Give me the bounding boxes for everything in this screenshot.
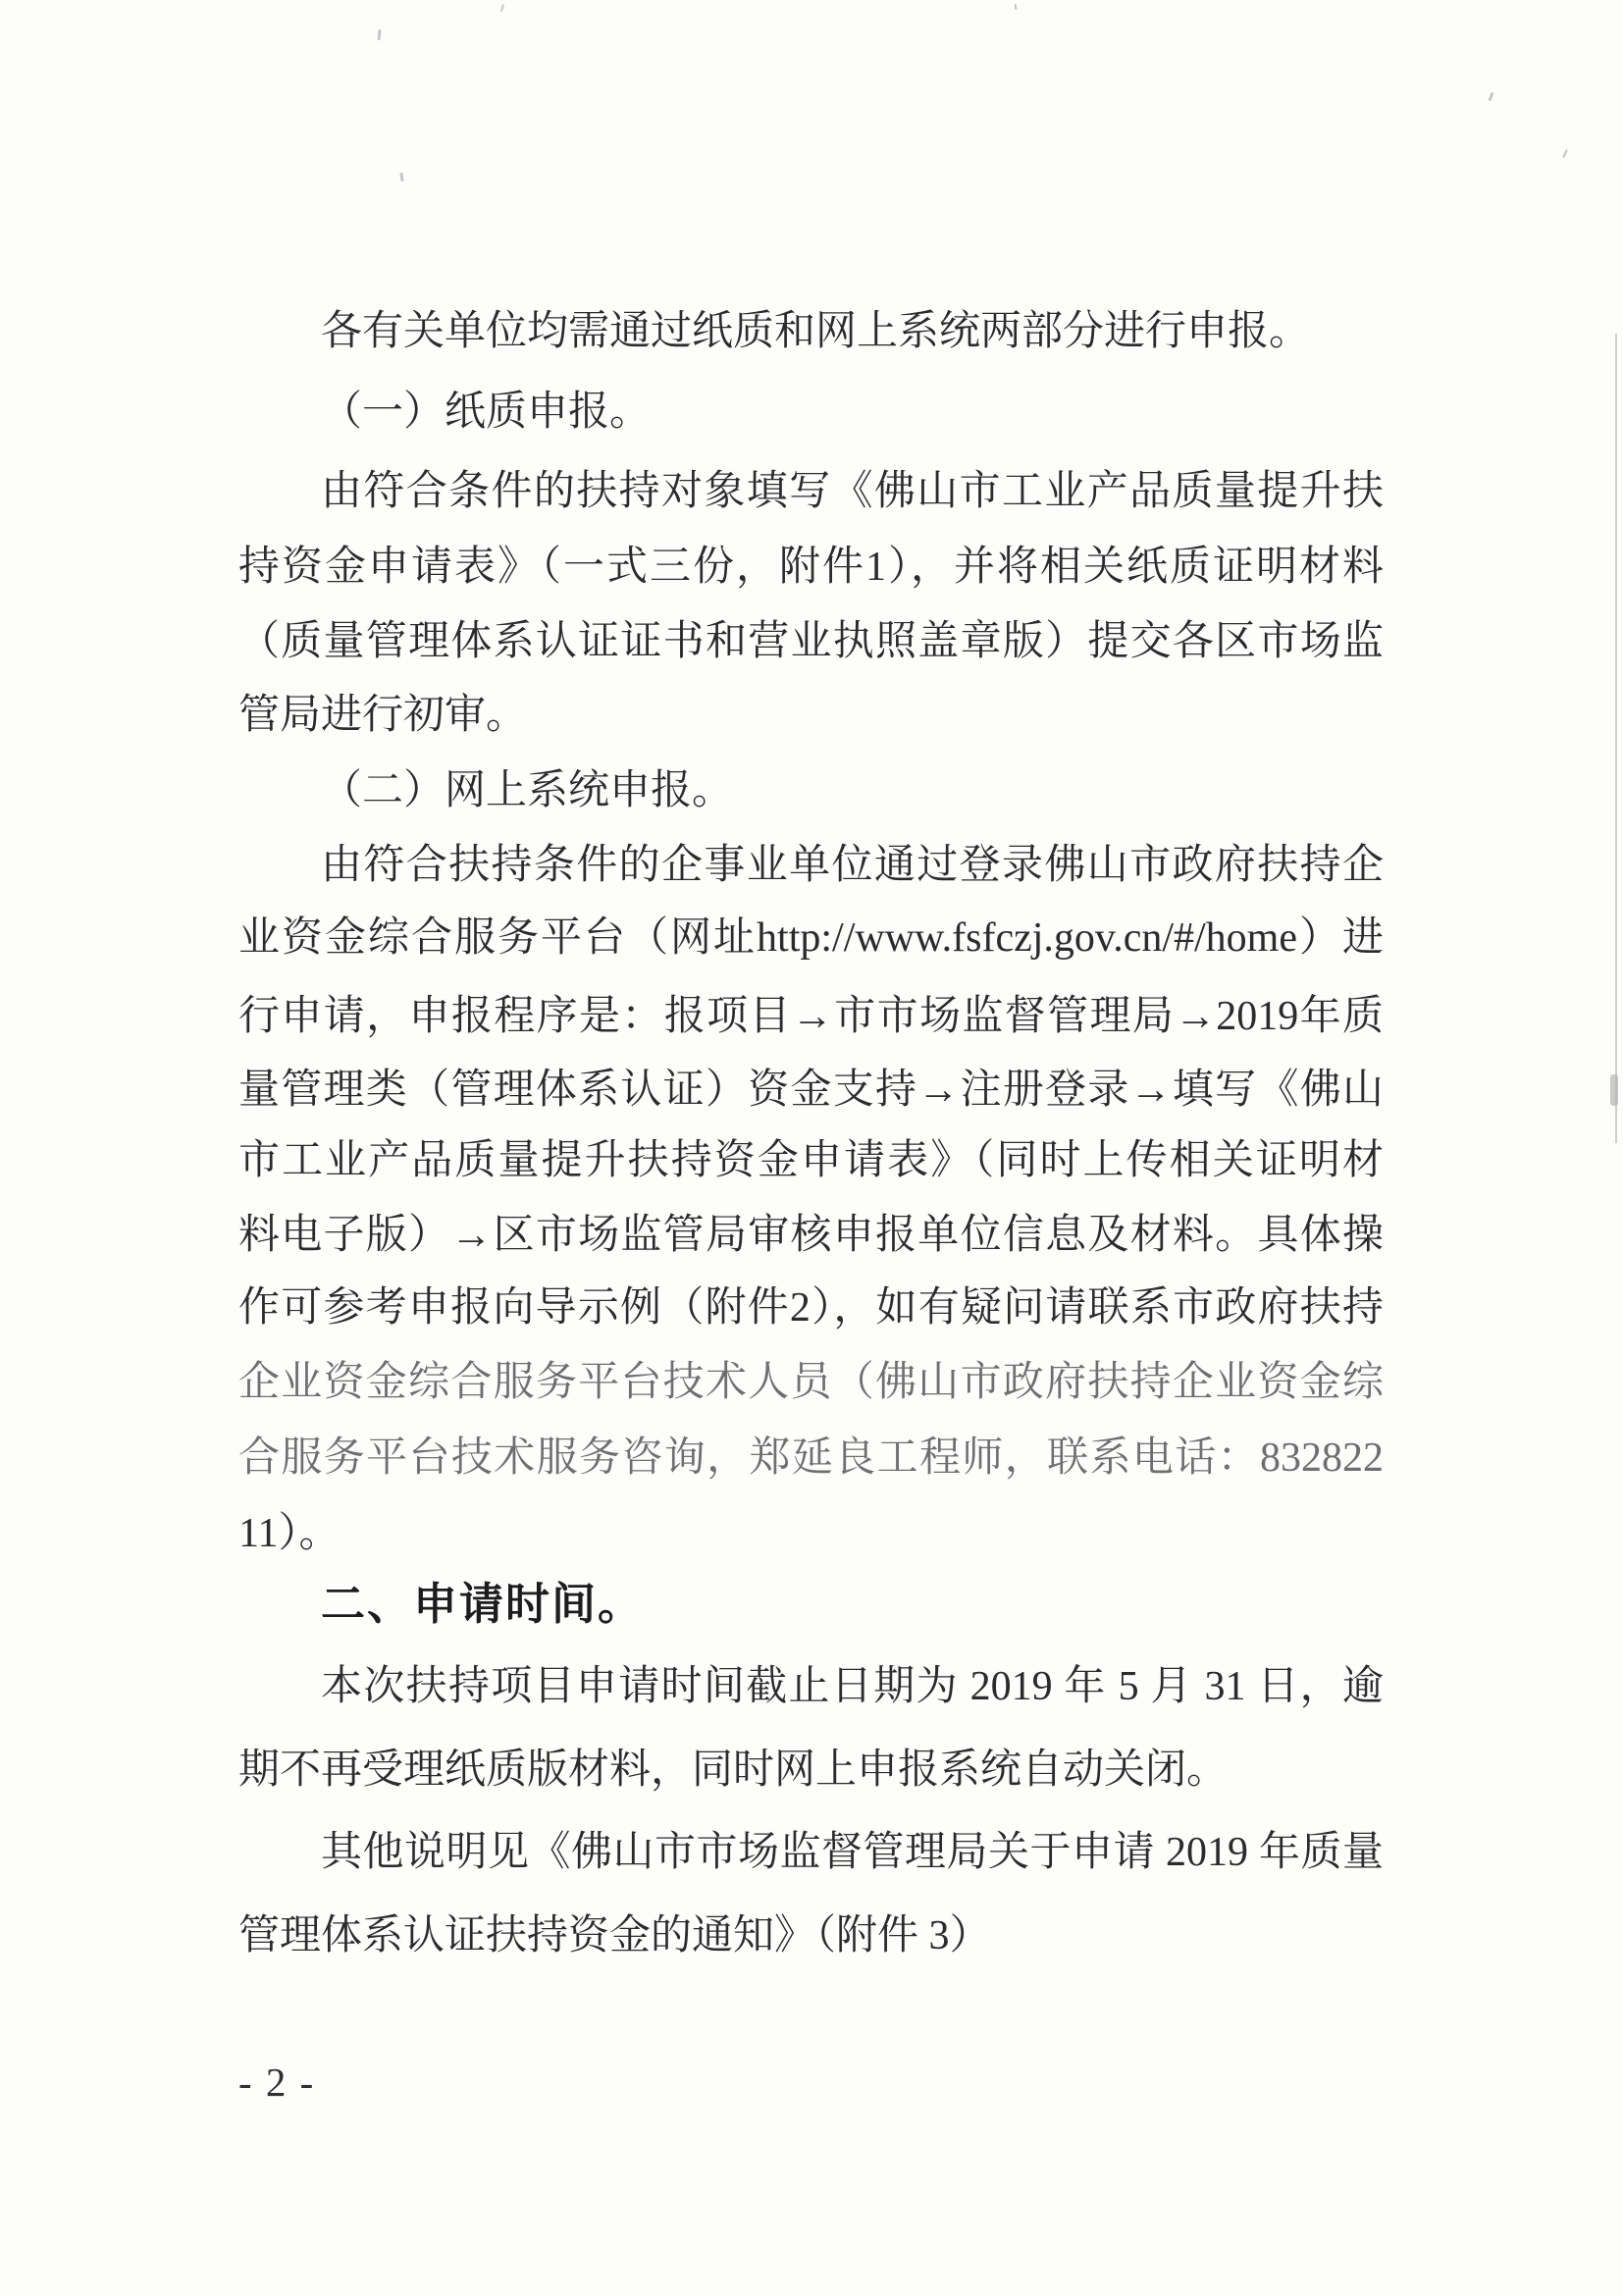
doc-line-with-phone: 合服务平台技术服务咨询，郑延良工程师，联系电话：832822 (238, 1431, 1384, 1486)
doc-line: 期不再受理纸质版材料，同时网上申报系统自动关闭。 (238, 1743, 1384, 1798)
doc-line: （质量管理体系认证证书和营业执照盖章版）提交各区市场监 (238, 614, 1384, 669)
doc-line: 市工业产品质量提升扶持资金申请表》（同时上传相关证明材 (238, 1133, 1384, 1188)
doc-line: 管局进行初审。 (238, 688, 1384, 743)
doc-line: 11）。 (238, 1506, 1384, 1561)
doc-line: 企业资金综合服务平台技术人员（佛山市政府扶持企业资金综 (238, 1355, 1384, 1410)
doc-line: 作可参考申报向导示例（附件2），如有疑问请联系市政府扶持 (238, 1280, 1384, 1335)
page-number: - 2 - (238, 2059, 315, 2106)
subsection-heading-online: （二）网上系统申报。 (238, 763, 1384, 818)
doc-line: 持资金申请表》（一式三份，附件1），并将相关纸质证明材料 (238, 540, 1384, 595)
scan-speck (1489, 92, 1494, 101)
doc-line: 其他说明见《佛山市市场监督管理局关于申请 2019 年质量 (238, 1825, 1384, 1880)
scan-speck (1014, 4, 1017, 10)
doc-line-with-deadline: 本次扶持项目申请时间截止日期为 2019 年 5 月 31 日，逾 (238, 1659, 1384, 1714)
scan-edge-blob (1610, 1074, 1618, 1106)
doc-line: 管理体系认证扶持资金的通知》（附件 3） (238, 1908, 1384, 1963)
subsection-heading-paper: （一）纸质申报。 (238, 385, 1384, 440)
doc-line: 由符合扶持条件的企事业单位通过登录佛山市政府扶持企 (238, 838, 1384, 893)
doc-line-with-url: 业资金综合服务平台（网址http://www.fsfczj.gov.cn/#/h… (238, 911, 1384, 965)
doc-line: 各有关单位均需通过纸质和网上系统两部分进行申报。 (238, 304, 1384, 359)
scanned-document-page: 各有关单位均需通过纸质和网上系统两部分进行申报。 （一）纸质申报。 由符合条件的… (0, 0, 1623, 2296)
section-heading-application-time: 二、申请时间。 (238, 1577, 1384, 1632)
scan-speck (1562, 149, 1568, 158)
scan-edge-artifact (1615, 334, 1617, 1143)
doc-line: 行申请，申报程序是：报项目→市市场监督管理局→2019年质 (238, 989, 1384, 1044)
doc-line: 由符合条件的扶持对象填写《佛山市工业产品质量提升扶 (238, 464, 1384, 519)
scan-speck (378, 29, 382, 40)
scan-speck (399, 173, 403, 182)
doc-line: 量管理类（管理体系认证）资金支持→注册登录→填写《佛山 (238, 1063, 1384, 1118)
scan-speck (500, 4, 504, 12)
doc-line: 料电子版）→区市场监管局审核申报单位信息及材料。具体操 (238, 1208, 1384, 1263)
